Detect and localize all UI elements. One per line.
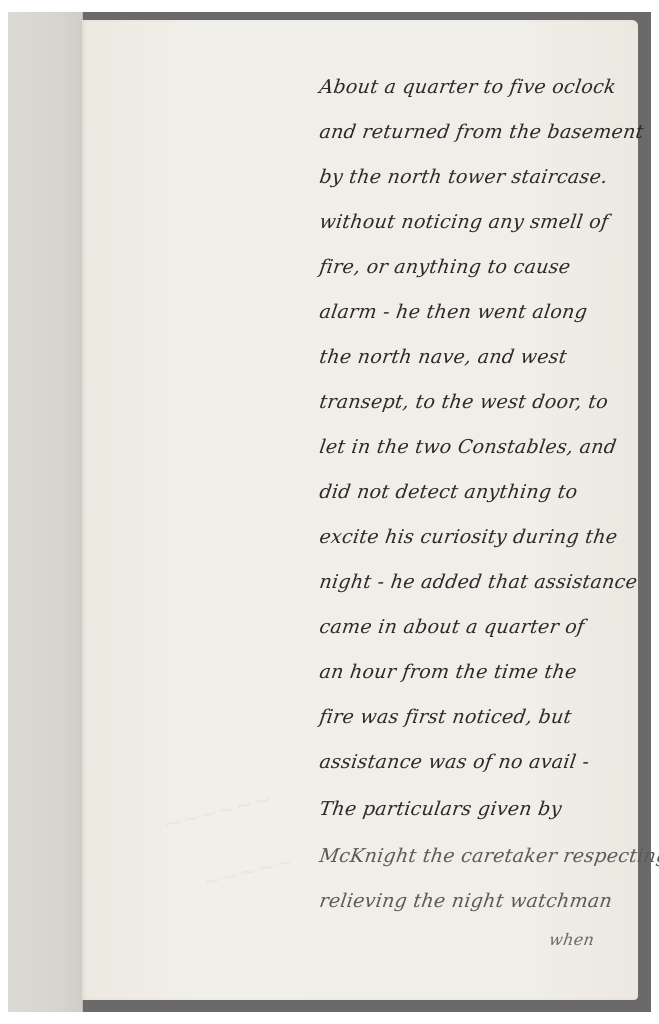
text-line: and returned from the basement [318, 121, 645, 143]
text-line: fire, or anything to cause [318, 256, 572, 278]
text-line: night - he added that assistance [318, 571, 639, 593]
text-line: an hour from the time the [318, 661, 578, 683]
text-line: assistance was of no avail - [318, 751, 591, 773]
text-line: fire was first noticed, but [318, 706, 573, 728]
text-line: alarm - he then went along [318, 301, 589, 323]
text-line: excite his curiosity during the [318, 526, 619, 548]
text-line: The particulars given by [318, 798, 563, 820]
facing-page-edge [8, 12, 83, 1012]
text-line: let in the two Constables, and [318, 436, 618, 458]
manuscript-page: ~~~~~~ ~~~~~ About a quarter to five ocl… [82, 20, 638, 1000]
text-line: relieving the night watchman [318, 890, 614, 912]
catchword: when [548, 930, 596, 949]
handwritten-text-block: About a quarter to five oclock and retur… [82, 20, 638, 1000]
text-line: without noticing any smell of [318, 211, 610, 233]
text-line: About a quarter to five oclock [318, 76, 617, 98]
text-line: McKnight the caretaker respecting [318, 845, 659, 867]
text-line: the north nave, and west [318, 346, 568, 368]
text-line: by the north tower staircase. [318, 166, 609, 188]
text-line: transept, to the west door, to [318, 391, 610, 413]
text-line: did not detect anything to [318, 481, 579, 503]
text-line: came in about a quarter of [318, 616, 586, 638]
